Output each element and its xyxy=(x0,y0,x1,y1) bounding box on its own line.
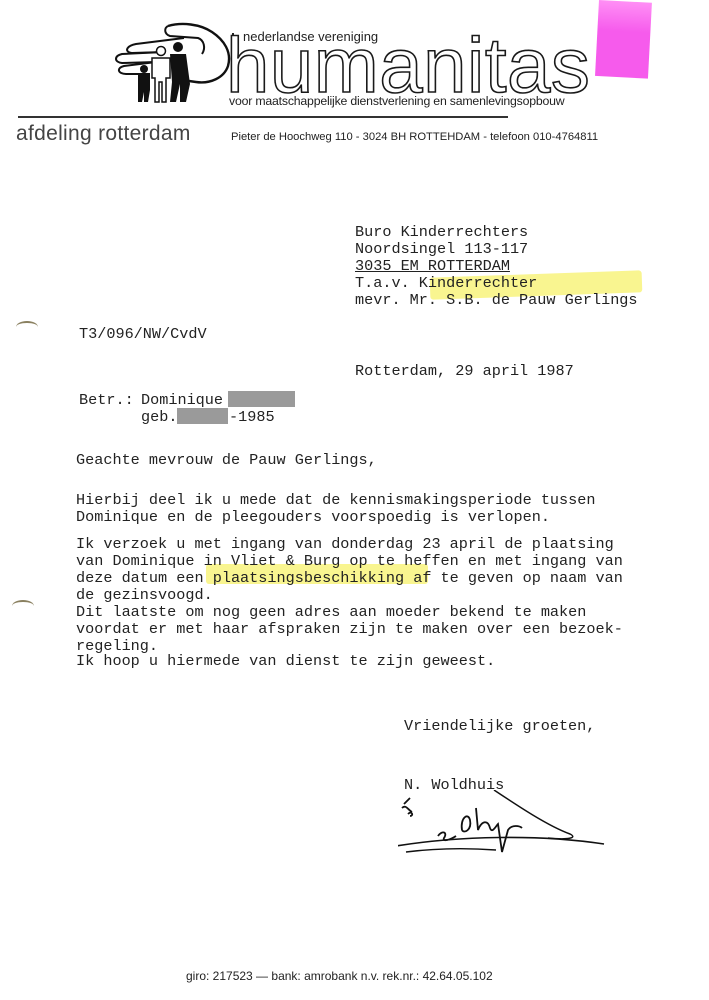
closing: Vriendelijke groeten, xyxy=(404,718,595,735)
org-tagline: voor maatschappelijke dienstverlening en… xyxy=(229,94,564,108)
body-line: Ik verzoek u met ingang van donderdag 23… xyxy=(76,536,623,553)
birth-prefix: geb. xyxy=(141,409,177,426)
redaction-birthdate xyxy=(177,408,228,424)
punch-mark xyxy=(16,321,38,333)
body-line: Dit laatste om nog geen adres aan moeder… xyxy=(76,604,623,621)
body-line: de gezinsvoogd. xyxy=(76,587,623,604)
body-line: Ik hoop u hiermede van dienst te zijn ge… xyxy=(76,653,495,670)
paragraph-2: Ik verzoek u met ingang van donderdag 23… xyxy=(76,536,623,655)
salutation: Geachte mevrouw de Pauw Gerlings, xyxy=(76,452,377,469)
recipient-block: Buro Kinderrechters Noordsingel 113-117 … xyxy=(355,224,638,309)
subject-label: Betr.: xyxy=(79,392,134,409)
recipient-line: Noordsingel 113-117 xyxy=(355,241,638,258)
place-date: Rotterdam, 29 april 1987 xyxy=(355,363,574,380)
birth-suffix: -1985 xyxy=(229,409,275,426)
paragraph-1: Hierbij deel ik u mede dat de kennismaki… xyxy=(76,492,596,526)
recipient-line: Buro Kinderrechters xyxy=(355,224,638,241)
subject-name: Dominique xyxy=(141,392,223,409)
body-line: deze datum een plaatsingsbeschikking af … xyxy=(76,570,623,587)
hand-protecting-family-icon xyxy=(112,22,232,104)
sticky-note xyxy=(595,0,652,79)
body-line: Hierbij deel ik u mede dat de kennismaki… xyxy=(76,492,596,509)
reference: T3/096/NW/CvdV xyxy=(79,326,207,343)
recipient-line: T.a.v. Kinderrechter xyxy=(355,275,638,292)
footer-bank-info: giro: 217523 — bank: amrobank n.v. rek.n… xyxy=(186,969,493,983)
department: afdeling rotterdam xyxy=(16,122,191,146)
divider xyxy=(18,116,508,118)
punch-mark xyxy=(12,600,34,612)
body-line: van Dominique in Vliet & Burg op te heff… xyxy=(76,553,623,570)
redaction-surname xyxy=(228,391,295,407)
handwritten-signature xyxy=(398,790,608,860)
recipient-line: 3035 EM ROTTERDAM xyxy=(355,258,638,275)
org-address: Pieter de Hoochweg 110 - 3024 BH ROTTEHD… xyxy=(231,131,598,143)
org-name: humanitas xyxy=(226,26,590,104)
paragraph-3: Ik hoop u hiermede van dienst te zijn ge… xyxy=(76,653,495,670)
body-line: voordat er met haar afspraken zijn te ma… xyxy=(76,621,623,638)
body-line: Dominique en de pleegouders voorspoedig … xyxy=(76,509,596,526)
recipient-line: mevr. Mr. S.B. de Pauw Gerlings xyxy=(355,292,638,309)
